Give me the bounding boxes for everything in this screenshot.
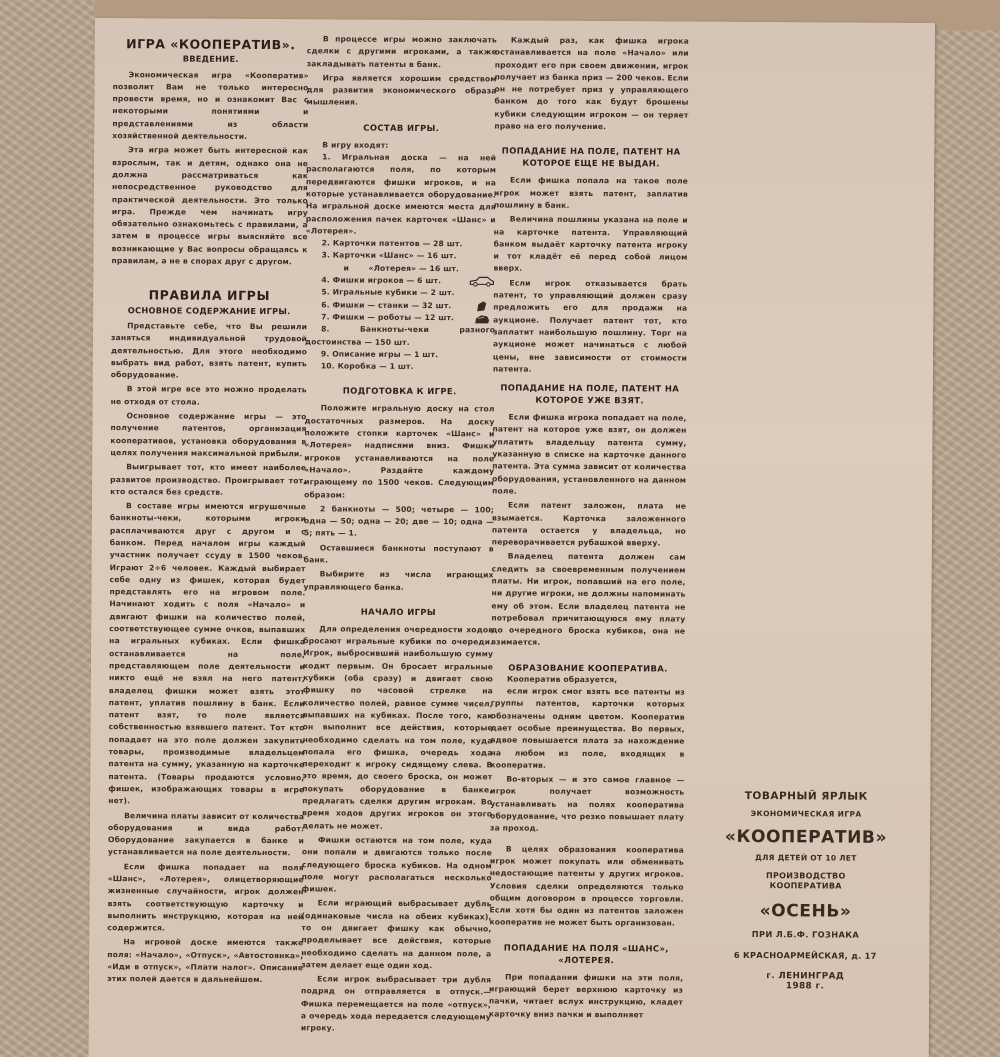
cooperative-paragraph: если игрок смог взять все патенты из гру… xyxy=(490,685,685,772)
contents-list: 1. Игральная доска — на ней располагаютс… xyxy=(305,151,496,374)
preparation-paragraph: Положите игральную доску на стол достато… xyxy=(304,403,495,503)
start-paragraph: Фишки остаются на том поле, куда они поп… xyxy=(302,834,492,897)
list-item: 3. Карточки «Шанс» — 16 шт. xyxy=(306,250,496,263)
column-1: ИГРА «КООПЕРАТИВ». ВВЕДЕНИЕ. Экономическ… xyxy=(107,32,309,987)
col3-intro-paragraph: Каждый раз, как фишка игрока останавлива… xyxy=(494,34,689,134)
list-item: 4. Фишки игроков — 6 шт. xyxy=(305,274,495,287)
intro-heading: ВВЕДЕНИЕ. xyxy=(113,52,309,65)
list-item: 1. Игральная доска — на ней располагаютс… xyxy=(306,151,497,238)
label-game-name: «КООПЕРАТИВ» xyxy=(690,827,922,848)
game-rules-sheet: ИГРА «КООПЕРАТИВ». ВВЕДЕНИЕ. Экономическ… xyxy=(89,18,935,1057)
patent-taken-heading: ПОПАДАНИЕ НА ПОЛЕ, ПАТЕНТ НА КОТОРОЕ УЖЕ… xyxy=(493,382,687,407)
col2-intro-paragraph: Игра является хорошим средством для разв… xyxy=(306,72,496,110)
contents-lead: В игру входят: xyxy=(306,139,496,152)
list-item: 9. Описание игры — 1 шт. xyxy=(305,348,495,361)
rules-paragraph: Величина платы зависит от количества обо… xyxy=(108,810,304,860)
document-title: ИГРА «КООПЕРАТИВ». xyxy=(113,38,309,51)
label-address: 6 КРАСНОАРМЕЙСКАЯ, д. 17 xyxy=(689,950,921,961)
col2-intro-paragraph: В процессе игры можно заключать сделки с… xyxy=(307,33,497,71)
list-item: 2. Карточки патентов — 28 шт. xyxy=(306,237,496,250)
machine-chip-icon xyxy=(467,300,495,312)
rules-paragraph: Выигрывает тот, кто имеет наиболее разви… xyxy=(110,461,306,499)
rules-paragraph: В этой игре все это можно проделать не о… xyxy=(111,384,307,410)
start-paragraph: Если игрок выбрасывает три дубля подряд … xyxy=(301,973,491,1036)
rules-paragraph: Основное содержание игры — это получение… xyxy=(110,410,306,460)
intro-paragraph: Экономическая игра «Кооператив» позволит… xyxy=(112,69,308,144)
cooperative-paragraph: Во-вторых — и это самое главное — игрок … xyxy=(490,774,684,837)
label-affiliation: ПРИ Л.Б.Ф. ГОЗНАКА xyxy=(689,929,921,940)
cooperative-heading: ОБРАЗОВАНИЕ КООПЕРАТИВА. xyxy=(491,661,685,674)
patent-not-issued-paragraph: Если фишка попала на такое поле игрок мо… xyxy=(494,175,688,213)
rules-paragraph: В составе игры имеются игрушечные банкно… xyxy=(108,500,306,809)
start-heading: НАЧАЛО ИГРЫ xyxy=(303,605,493,618)
label-coop-name: «ОСЕНЬ» xyxy=(689,901,921,922)
chance-lottery-heading: ПОПАДАНИЕ НА ПОЛЯ «ШАНС», «ЛОТЕРЕЯ. xyxy=(489,941,683,966)
preparation-paragraph: 2 банкноты — 500; четыре — 100; одна — 5… xyxy=(304,503,494,541)
robot-chip-icon xyxy=(467,312,495,324)
list-item: 7. Фишки — роботы — 12 шт. xyxy=(305,311,495,324)
patent-not-issued-heading: ПОПАДАНИЕ НА ПОЛЕ, ПАТЕНТ НА КОТОРОЕ ЕЩЕ… xyxy=(494,145,688,170)
rules-heading: ПРАВИЛА ИГРЫ xyxy=(111,289,307,302)
patent-taken-paragraph: Владелец патента должен сам следить за с… xyxy=(491,551,686,651)
column-3: Каждый раз, как фишка игрока останавлива… xyxy=(489,34,689,1021)
list-item: 8. Банкноты-чеки разного достоинства — 1… xyxy=(305,324,495,350)
list-item: 6. Фишки — станки — 32 шт. xyxy=(305,299,495,312)
intro-paragraph: Эта игра может быть интересной как взрос… xyxy=(111,144,308,268)
cooperative-lead: Кооператив образуется, xyxy=(491,673,685,686)
patent-taken-paragraph: Если патент заложен, плата не взымается.… xyxy=(492,500,686,550)
preparation-paragraph: Выбирите из числа играющих управляющего … xyxy=(303,569,493,595)
preparation-paragraph: Оставшиеся банкноты поступают в банк. xyxy=(304,542,494,568)
patent-not-issued-paragraph: Величина пошлины указана на поле и на ка… xyxy=(493,214,687,277)
rules-paragraph: На игровой доске имеются также поля: «На… xyxy=(107,937,303,987)
label-subtitle: ЭКОНОМИЧЕСКАЯ ИГРА xyxy=(690,809,922,819)
label-age: ДЛЯ ДЕТЕЙ ОТ 10 ЛЕТ xyxy=(690,853,922,863)
car-chip-icon xyxy=(467,275,495,287)
rules-paragraph: Если фишка попадает на поля «Шанс», «Лот… xyxy=(107,861,303,936)
start-paragraph: Если играющий выбрасывает дубль (одинако… xyxy=(301,898,491,973)
rules-subheading: ОСНОВНОЕ СОДЕРЖАНИЕ ИГРЫ. xyxy=(111,304,307,317)
label-city-year: г. ЛЕНИНГРАД 1988 г. xyxy=(689,971,921,992)
label-title: ТОВАРНЫЙ ЯРЛЫК xyxy=(690,790,922,803)
chance-lottery-paragraph: При попадании фишки на эти поля, играющи… xyxy=(489,971,683,1021)
contents-heading: СОСТАВ ИГРЫ. xyxy=(306,121,496,134)
list-item: и «Лотерея» — 16 шт. xyxy=(305,262,495,275)
rules-paragraph: Представьте себе, что Вы решили заняться… xyxy=(111,320,307,383)
label-producer: ПРОИЗВОДСТВО КООПЕРАТИВА xyxy=(690,871,922,892)
preparation-heading: ПОДГОТОВКА К ИГРЕ. xyxy=(305,385,495,398)
cooperative-paragraph: В целях образования кооператива игрок мо… xyxy=(489,843,684,930)
list-item: 10. Коробка — 1 шт. xyxy=(305,360,495,373)
list-item: 5. Игральные кубики — 2 шт. xyxy=(305,287,495,300)
patent-not-issued-paragraph: Если игрок отказывается брать патент, то… xyxy=(493,277,688,377)
column-2: В процессе игры можно заключать сделки с… xyxy=(301,33,497,1036)
patent-taken-paragraph: Если фишка игрока попадает на поле, пате… xyxy=(492,412,687,499)
product-label: ТОВАРНЫЙ ЯРЛЫК ЭКОНОМИЧЕСКАЯ ИГРА «КООПЕ… xyxy=(689,790,922,992)
start-paragraph: Для определения очередности ходов бросаю… xyxy=(302,623,493,833)
